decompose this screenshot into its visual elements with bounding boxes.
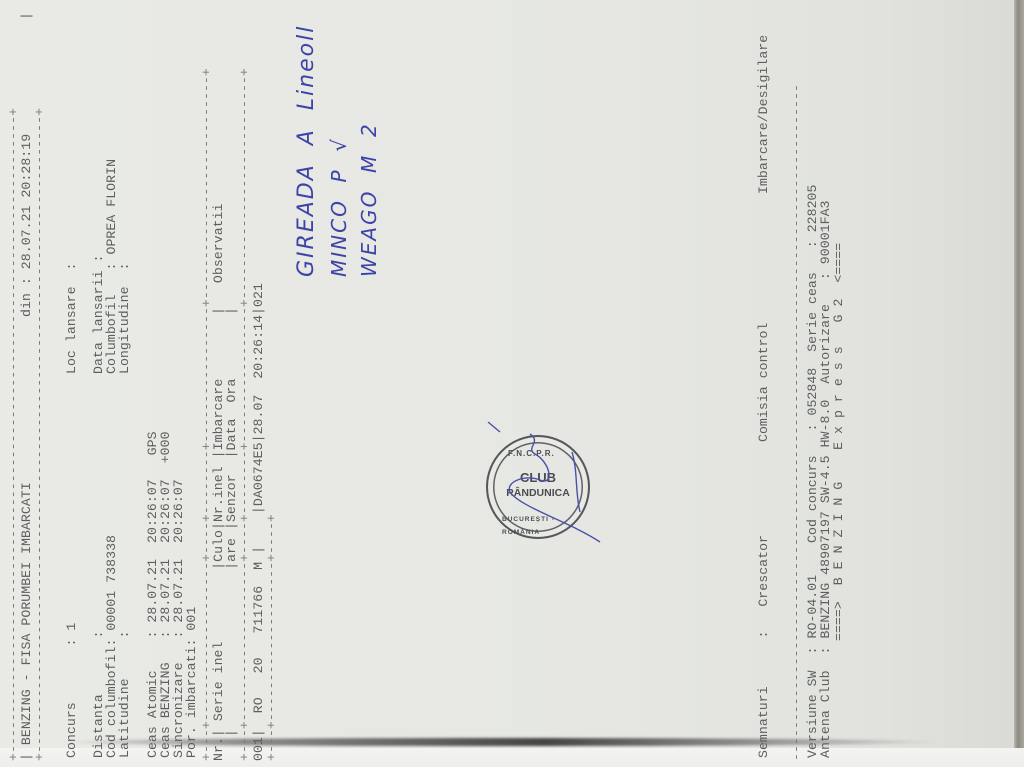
signature-imbarcare: Imbarcare/Desigilare xyxy=(757,35,770,194)
header-border-bottom: +---------------------------------------… xyxy=(33,108,46,761)
stamp-club: CLUB xyxy=(488,471,588,484)
stamp-location: BUCUREȘTI - ROMÂNIA xyxy=(502,513,588,539)
field-longitudine: Longitudine : xyxy=(118,262,131,374)
handwritten-note-1: GIREADA A Lineoll xyxy=(300,25,313,277)
table-border-mid: +---+--------------------+----+--------+… xyxy=(238,68,251,761)
concurs-label: Concurs xyxy=(64,702,79,758)
handwritten-note-3: WEAGO M 2 xyxy=(363,122,376,277)
stamp-federation: F.N.C.P.R. xyxy=(508,447,555,460)
header-border-right: | xyxy=(20,12,33,20)
footer-divider: ----------------------------------------… xyxy=(790,84,803,761)
footer-banner: ====> B E N Z I N G E x p r e s s G 2 <=… xyxy=(832,243,845,641)
stamp-name: RÂNDUNICA xyxy=(488,487,588,500)
loc-lansare-value: : xyxy=(64,262,79,270)
loc-lansare-row: Loc lansare : xyxy=(65,262,78,374)
handwritten-note-2: MINCO P √ xyxy=(333,137,346,277)
printed-form: +---------------------------------------… xyxy=(0,0,1024,767)
club-stamp: F.N.C.P.R. CLUB RÂNDUNICA BUCUREȘTI - RO… xyxy=(486,435,590,539)
signature-comisia: Comisia control xyxy=(757,323,770,442)
table-border-bottom: +---+--------------------+----+ xyxy=(265,514,278,761)
loc-lansare-label: Loc lansare xyxy=(64,286,79,374)
concurs-value: : 1 xyxy=(64,623,79,647)
concurs-row: Concurs : 1 xyxy=(65,623,78,758)
signatures-row: Semnaturi : Crescator xyxy=(757,535,770,758)
signature-crescator: : Crescator xyxy=(756,535,771,639)
porumbei-imbarcati: Por. imbarcati: 001 xyxy=(185,607,198,758)
field-latitudine: Latitudine : xyxy=(118,631,131,758)
signatures-label: Semnaturi xyxy=(756,686,771,758)
